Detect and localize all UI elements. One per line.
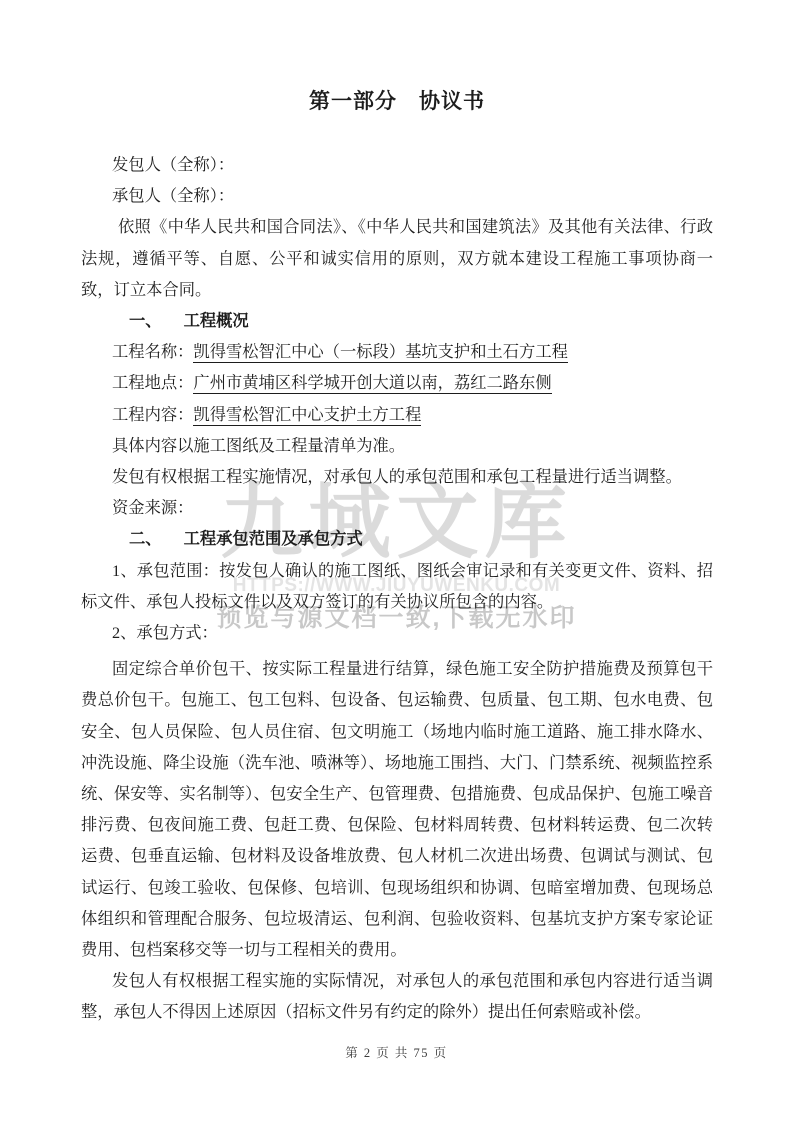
project-location-label: 工程地点： bbox=[112, 373, 193, 392]
document-content: 第一部分 协议书 发包人（全称）： 承包人（全称）： 依照《中华人民共和国合同法… bbox=[0, 0, 793, 1028]
project-content-value: 凯得雪松智汇中心支护土方工程 bbox=[193, 405, 421, 426]
section-2-title: 工程承包范围及承包方式 bbox=[184, 529, 363, 548]
contract-scope-item: 1、承包范围：按发包人确认的施工图纸、图纸会审记录和有关变更文件、资料、招标文件… bbox=[81, 555, 713, 617]
field-project-name: 工程名称：凯得雪松智汇中心（一标段）基坑支护和土石方工程 bbox=[81, 336, 713, 367]
section-1-number: 一、 bbox=[129, 311, 162, 330]
section-1-heading: 一、工程概况 bbox=[81, 305, 713, 336]
section-1-title: 工程概况 bbox=[184, 311, 249, 330]
contract-mode-detail-paragraph: 固定综合单价包干、按实际工程量进行结算，绿色施工安全防护措施费及预算包干费总价包… bbox=[81, 653, 713, 965]
party-a-line: 发包人（全称）： bbox=[81, 149, 713, 180]
page-number-footer: 第 2 页 共 75 页 bbox=[0, 1043, 793, 1061]
field-project-location: 工程地点：广州市黄埔区科学城开创大道以南，荔红二路东侧 bbox=[81, 367, 713, 398]
contract-mode-item: 2、承包方式： bbox=[81, 617, 713, 648]
page-title: 第一部分 协议书 bbox=[81, 87, 713, 115]
preamble-paragraph: 依照《中华人民共和国合同法》、《中华人民共和国建筑法》及其他有关法律、行政法规，… bbox=[81, 211, 713, 305]
note-adjust-line: 发包有权根据工程实施情况，对承包人的承包范围和承包工程量进行适当调整。 bbox=[81, 461, 713, 492]
party-b-line: 承包人（全称）： bbox=[81, 180, 713, 211]
note-scope-line: 具体内容以施工图纸及工程量清单为准。 bbox=[81, 430, 713, 461]
document-flow: 发包人（全称）： 承包人（全称）： 依照《中华人民共和国合同法》、《中华人民共和… bbox=[81, 149, 713, 1028]
field-project-content: 工程内容：凯得雪松智汇中心支护土方工程 bbox=[81, 399, 713, 430]
project-name-label: 工程名称： bbox=[112, 342, 193, 361]
final-adjust-paragraph: 发包人有权根据工程实施的实际情况，对承包人的承包范围和承包内容进行适当调整，承包… bbox=[81, 965, 713, 1027]
section-2-heading: 二、工程承包范围及承包方式 bbox=[81, 523, 713, 554]
document-page: 九域文库 HTTPS://WWW.JIUYUWENKU.COM 预览与源文档一致… bbox=[0, 0, 793, 1122]
project-name-value: 凯得雪松智汇中心（一标段）基坑支护和土石方工程 bbox=[193, 342, 567, 363]
project-location-value: 广州市黄埔区科学城开创大道以南，荔红二路东侧 bbox=[193, 373, 551, 394]
funding-source-line: 资金来源： bbox=[81, 492, 713, 523]
project-content-label: 工程内容： bbox=[112, 405, 193, 424]
section-2-number: 二、 bbox=[129, 529, 162, 548]
